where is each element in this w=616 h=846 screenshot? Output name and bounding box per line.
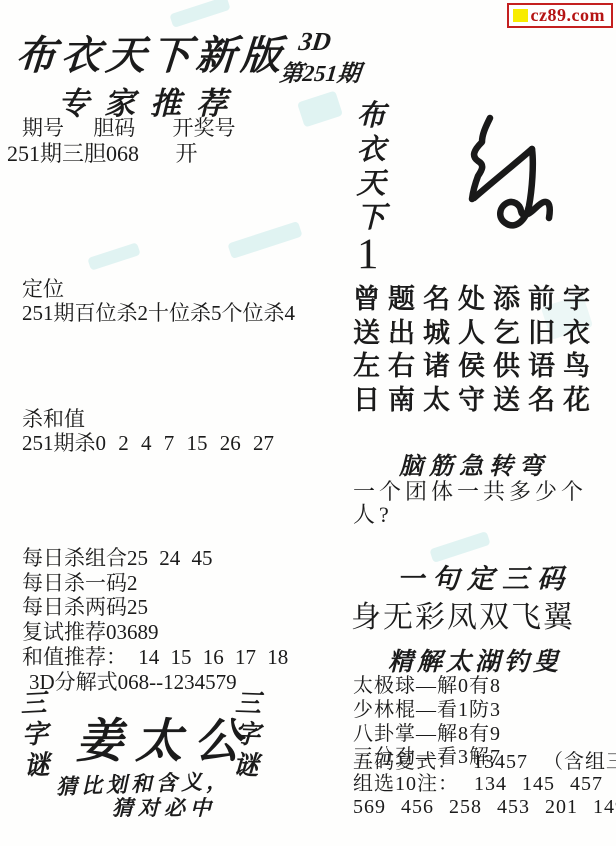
poem-line: 曾题名处添前字 bbox=[353, 283, 598, 317]
dingwei-line: 251期百位杀2十位杀5个位杀4 bbox=[22, 297, 295, 327]
daily-line: 每日杀一码2 bbox=[22, 571, 288, 596]
shahezhi-line: 251期杀0 2 4 7 15 26 27 bbox=[22, 427, 274, 457]
daily-kill-block: 每日杀组合25 24 45 每日杀一码2 每日杀两码25 复试推荐03689 和… bbox=[22, 546, 288, 694]
taihu-line: 太极球—解0有8 bbox=[353, 675, 501, 699]
scan-watermark bbox=[227, 221, 302, 259]
taihu-line: 少林棍—看1防3 bbox=[353, 699, 501, 723]
sanzimi-name: 姜太公 bbox=[76, 704, 253, 771]
poem-line: 送出城人乞旧衣 bbox=[353, 317, 598, 351]
issue-number: 第251期 bbox=[278, 55, 362, 88]
site-logo-text: cz89.com bbox=[531, 5, 605, 26]
yiju-heading: 一句定三码 bbox=[397, 557, 572, 596]
poem-block: 曾题名处添前字 送出城人乞旧衣 左右诸侯供语鸟 日南太守送名花 bbox=[353, 283, 598, 417]
game-label: 3D bbox=[297, 27, 333, 57]
taihu-line: 八卦掌—解8有9 bbox=[353, 723, 501, 747]
sanzimi-note-2: 猜对必中 bbox=[112, 792, 216, 822]
brand-number: 1 bbox=[357, 230, 379, 279]
scan-watermark bbox=[87, 242, 140, 270]
lottery-sheet: cz89.com 布衣天下新版 3D 第251期 专家推荐 期号 胆码 开奖号 … bbox=[0, 0, 616, 846]
scan-watermark bbox=[297, 90, 343, 127]
page-title: 布衣天下新版 bbox=[14, 24, 288, 81]
cursive-calligraphy-glyph bbox=[452, 102, 572, 242]
wuma-line: 五码复式： 13457 （含组三） bbox=[353, 751, 616, 773]
poem-line: 日南太守送名花 bbox=[353, 384, 598, 418]
logo-square-icon bbox=[513, 9, 528, 22]
daily-line: 复试推荐03689 bbox=[22, 620, 288, 645]
wuma-block: 五码复式： 13457 （含组三） 组选10注： 134 145 457 478… bbox=[353, 751, 616, 818]
expert-table-row: 251期三胆068 开 bbox=[7, 137, 198, 168]
draw-value: 开 bbox=[176, 141, 198, 166]
daily-line: 每日杀两码25 bbox=[22, 595, 288, 620]
sanzimi-right-label: 三字谜 bbox=[228, 687, 265, 781]
brand-vertical-title: 布衣天下 bbox=[354, 99, 388, 235]
yiju-line: 身无彩凤双飞翼 bbox=[351, 592, 575, 636]
wuma-line: 569 456 258 453 201 149 bbox=[353, 796, 616, 818]
site-logo: cz89.com bbox=[507, 3, 613, 28]
issue-dan-value: 251期三胆068 bbox=[7, 137, 170, 168]
daily-line: 和值推荐： 14 15 16 17 18 bbox=[22, 645, 288, 670]
sanzimi-left-label: 三字谜 bbox=[16, 687, 55, 782]
wuma-line: 组选10注： 134 145 457 478 bbox=[353, 773, 616, 795]
taihu-heading: 精解太湖钓叟 bbox=[388, 642, 562, 678]
poem-line: 左右诸侯供语鸟 bbox=[353, 350, 598, 384]
brainteaser-question-line2: 人? bbox=[353, 498, 393, 529]
daily-line: 每日杀组合25 24 45 bbox=[22, 546, 288, 571]
